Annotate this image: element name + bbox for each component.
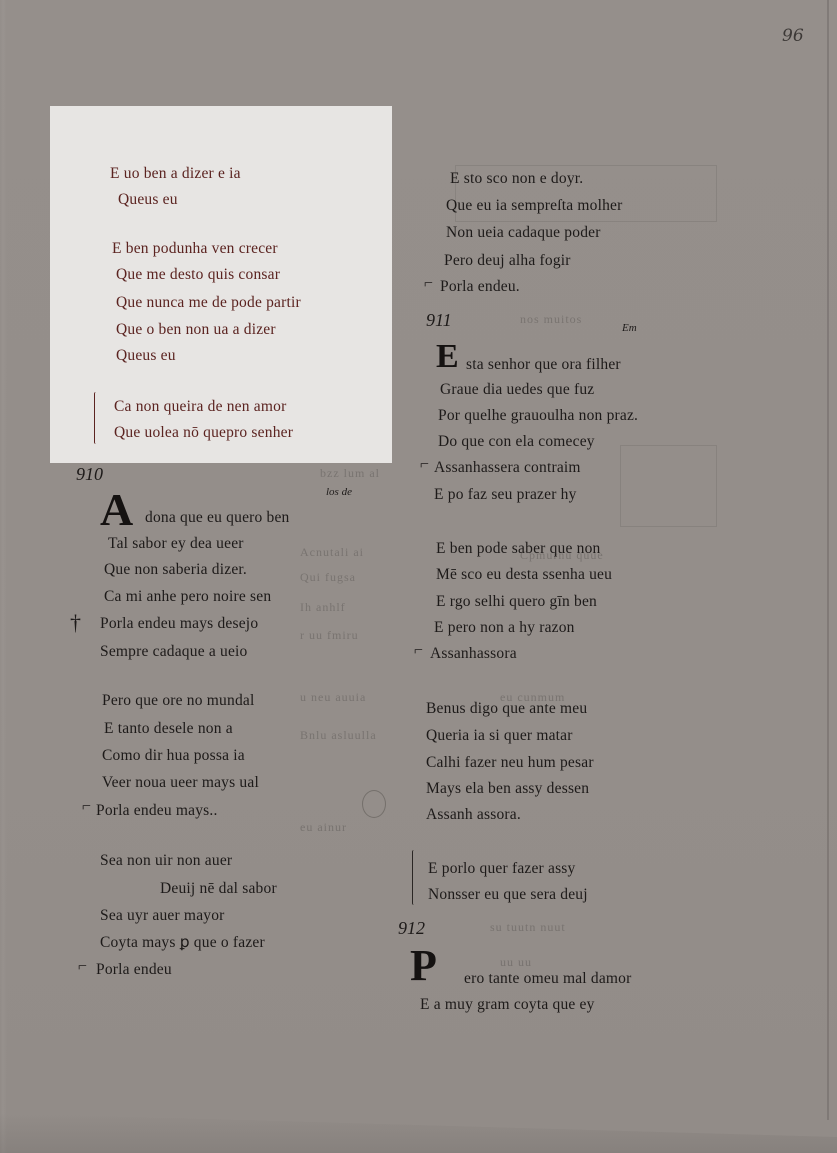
- verse-line: Tal sabor ey dea ueer: [108, 535, 244, 553]
- verse-line: Que non saberia dizer.: [104, 561, 247, 579]
- verse-line: E tanto desele non a: [104, 720, 233, 738]
- bleed-through-text: Bnlu asluulla: [300, 728, 377, 743]
- verse-line: Assanhassora: [430, 645, 517, 663]
- verse-line: E ben pode saber que non: [436, 540, 601, 558]
- verse-line: Pero que ore no mundal: [102, 692, 254, 710]
- verse-line: Assanhassera contraim: [434, 459, 581, 477]
- verse-line: Pero deuj alha fogir: [444, 252, 571, 270]
- verse-line: E rgo selhi quero gīn ben: [436, 593, 597, 611]
- bleed-through-text: eu ainur: [300, 820, 347, 835]
- paragraph-mark: ⌐: [424, 275, 433, 293]
- verse-line: Ca non queira de nen amor: [114, 398, 286, 416]
- verse-line: Como dir hua possa ia: [102, 747, 245, 765]
- marginal-note: Em: [622, 322, 637, 334]
- verse-line: Que me desto quis consar: [116, 266, 280, 284]
- verse-line: Deuij nē dal sabor: [160, 880, 277, 898]
- manuscript-page: r is lmepnola di fimmdos in vas unun tup…: [0, 0, 837, 1153]
- verse-line: E uo ben a dizer e ia: [110, 165, 241, 183]
- verse-line: Benus digo que ante meu: [426, 700, 587, 718]
- paragraph-mark: ⌐: [82, 798, 91, 816]
- poem-number: 911: [426, 310, 452, 331]
- verse-line: Que o ben non ua a dizer: [116, 321, 276, 339]
- bleed-through-text: uu uu: [500, 955, 532, 970]
- bleed-through-box: [620, 445, 717, 527]
- verse-line: Queus eu: [118, 191, 178, 209]
- verse-line: Porla endeu.: [440, 278, 520, 296]
- verse-line: Veer noua ueer mays ual: [102, 774, 259, 792]
- verse-line: E a muy gram coyta que ey: [420, 996, 595, 1014]
- verse-line: E ben podunha ven crecer: [112, 240, 278, 258]
- verse-line: Que nunca me de pode partir: [116, 294, 301, 312]
- verse-line: Porla endeu mays..: [96, 802, 218, 820]
- verse-line: Sea uyr auer mayor: [100, 907, 225, 925]
- margin-bracket: [94, 392, 98, 444]
- marginal-note: los de: [326, 486, 352, 498]
- verse-line: ero tante omeu mal damor: [464, 970, 632, 988]
- verse-line: Non ueia cadaque poder: [446, 224, 601, 242]
- verse-line: Calhi fazer neu hum pesar: [426, 754, 594, 772]
- poem-number: 912: [398, 918, 425, 939]
- verse-line: dona que eu quero ben: [145, 509, 290, 527]
- bleed-through-text: Ih anhlf: [300, 600, 346, 615]
- paragraph-mark: ⌐: [414, 642, 423, 660]
- margin-bracket: [412, 850, 416, 905]
- bleed-through-text: r uu fmiru: [300, 628, 359, 643]
- decorated-initial: A: [100, 483, 133, 536]
- decorated-initial: P: [410, 940, 437, 991]
- verse-line: Mē sco eu desta ssenha ueu: [436, 566, 612, 584]
- bleed-through-text: bzz lum al: [320, 466, 380, 481]
- folio-number: 96: [782, 26, 804, 46]
- bleed-through-text: Acnutali ai: [300, 545, 364, 560]
- paragraph-mark: ⌐: [78, 958, 87, 976]
- verse-line: Porla endeu: [96, 961, 172, 979]
- page-edge: [827, 0, 829, 1120]
- dagger-mark: †: [70, 610, 81, 636]
- verse-line: sta senhor que ora filher: [466, 356, 621, 374]
- verse-line: Por quelhe grauoulha non praz.: [438, 407, 638, 425]
- ink-stain: [362, 790, 386, 818]
- verse-line: Porla endeu mays desejo: [100, 615, 258, 633]
- verse-line: Ca mi anhe pero noire sen: [104, 588, 271, 606]
- verse-line: Nonsser eu que sera deuj: [428, 886, 588, 904]
- verse-line: E pero non a hy razon: [434, 619, 575, 637]
- verse-line: Sempre cadaque a ueio: [100, 643, 248, 661]
- bleed-through-text: su tuutn nuut: [490, 920, 566, 935]
- bleed-through-text: u neu auuia: [300, 690, 366, 705]
- verse-line: Mays ela ben assy dessen: [426, 780, 589, 798]
- verse-line: E sto sco non e doyr.: [450, 170, 583, 188]
- verse-line: Queria ia si quer matar: [426, 727, 573, 745]
- bleed-through-text: Qui fugsa: [300, 570, 356, 585]
- verse-line: Sea non uir non auer: [100, 852, 232, 870]
- verse-line: Queus eu: [116, 347, 176, 365]
- verse-line: Que uolea nō quepro senher: [114, 424, 293, 442]
- verse-line: E po faz seu prazer hy: [434, 486, 577, 504]
- decorated-initial: E: [436, 338, 459, 376]
- page-edge: [0, 1113, 837, 1153]
- verse-line: E porlo quer fazer assy: [428, 860, 575, 878]
- paragraph-mark: ⌐: [420, 456, 429, 474]
- verse-line: Do que con ela comecey: [438, 433, 595, 451]
- verse-line: Assanh assora.: [426, 806, 521, 824]
- verse-line: Que eu ia sempreſta molher: [446, 197, 623, 215]
- verse-line: Graue dia uedes que fuz: [440, 381, 594, 399]
- poem-number: 910: [76, 464, 103, 485]
- verse-line: Coyta mays ꝑ que o fazer: [100, 933, 265, 952]
- bleed-through-text: nos muitos: [520, 312, 582, 327]
